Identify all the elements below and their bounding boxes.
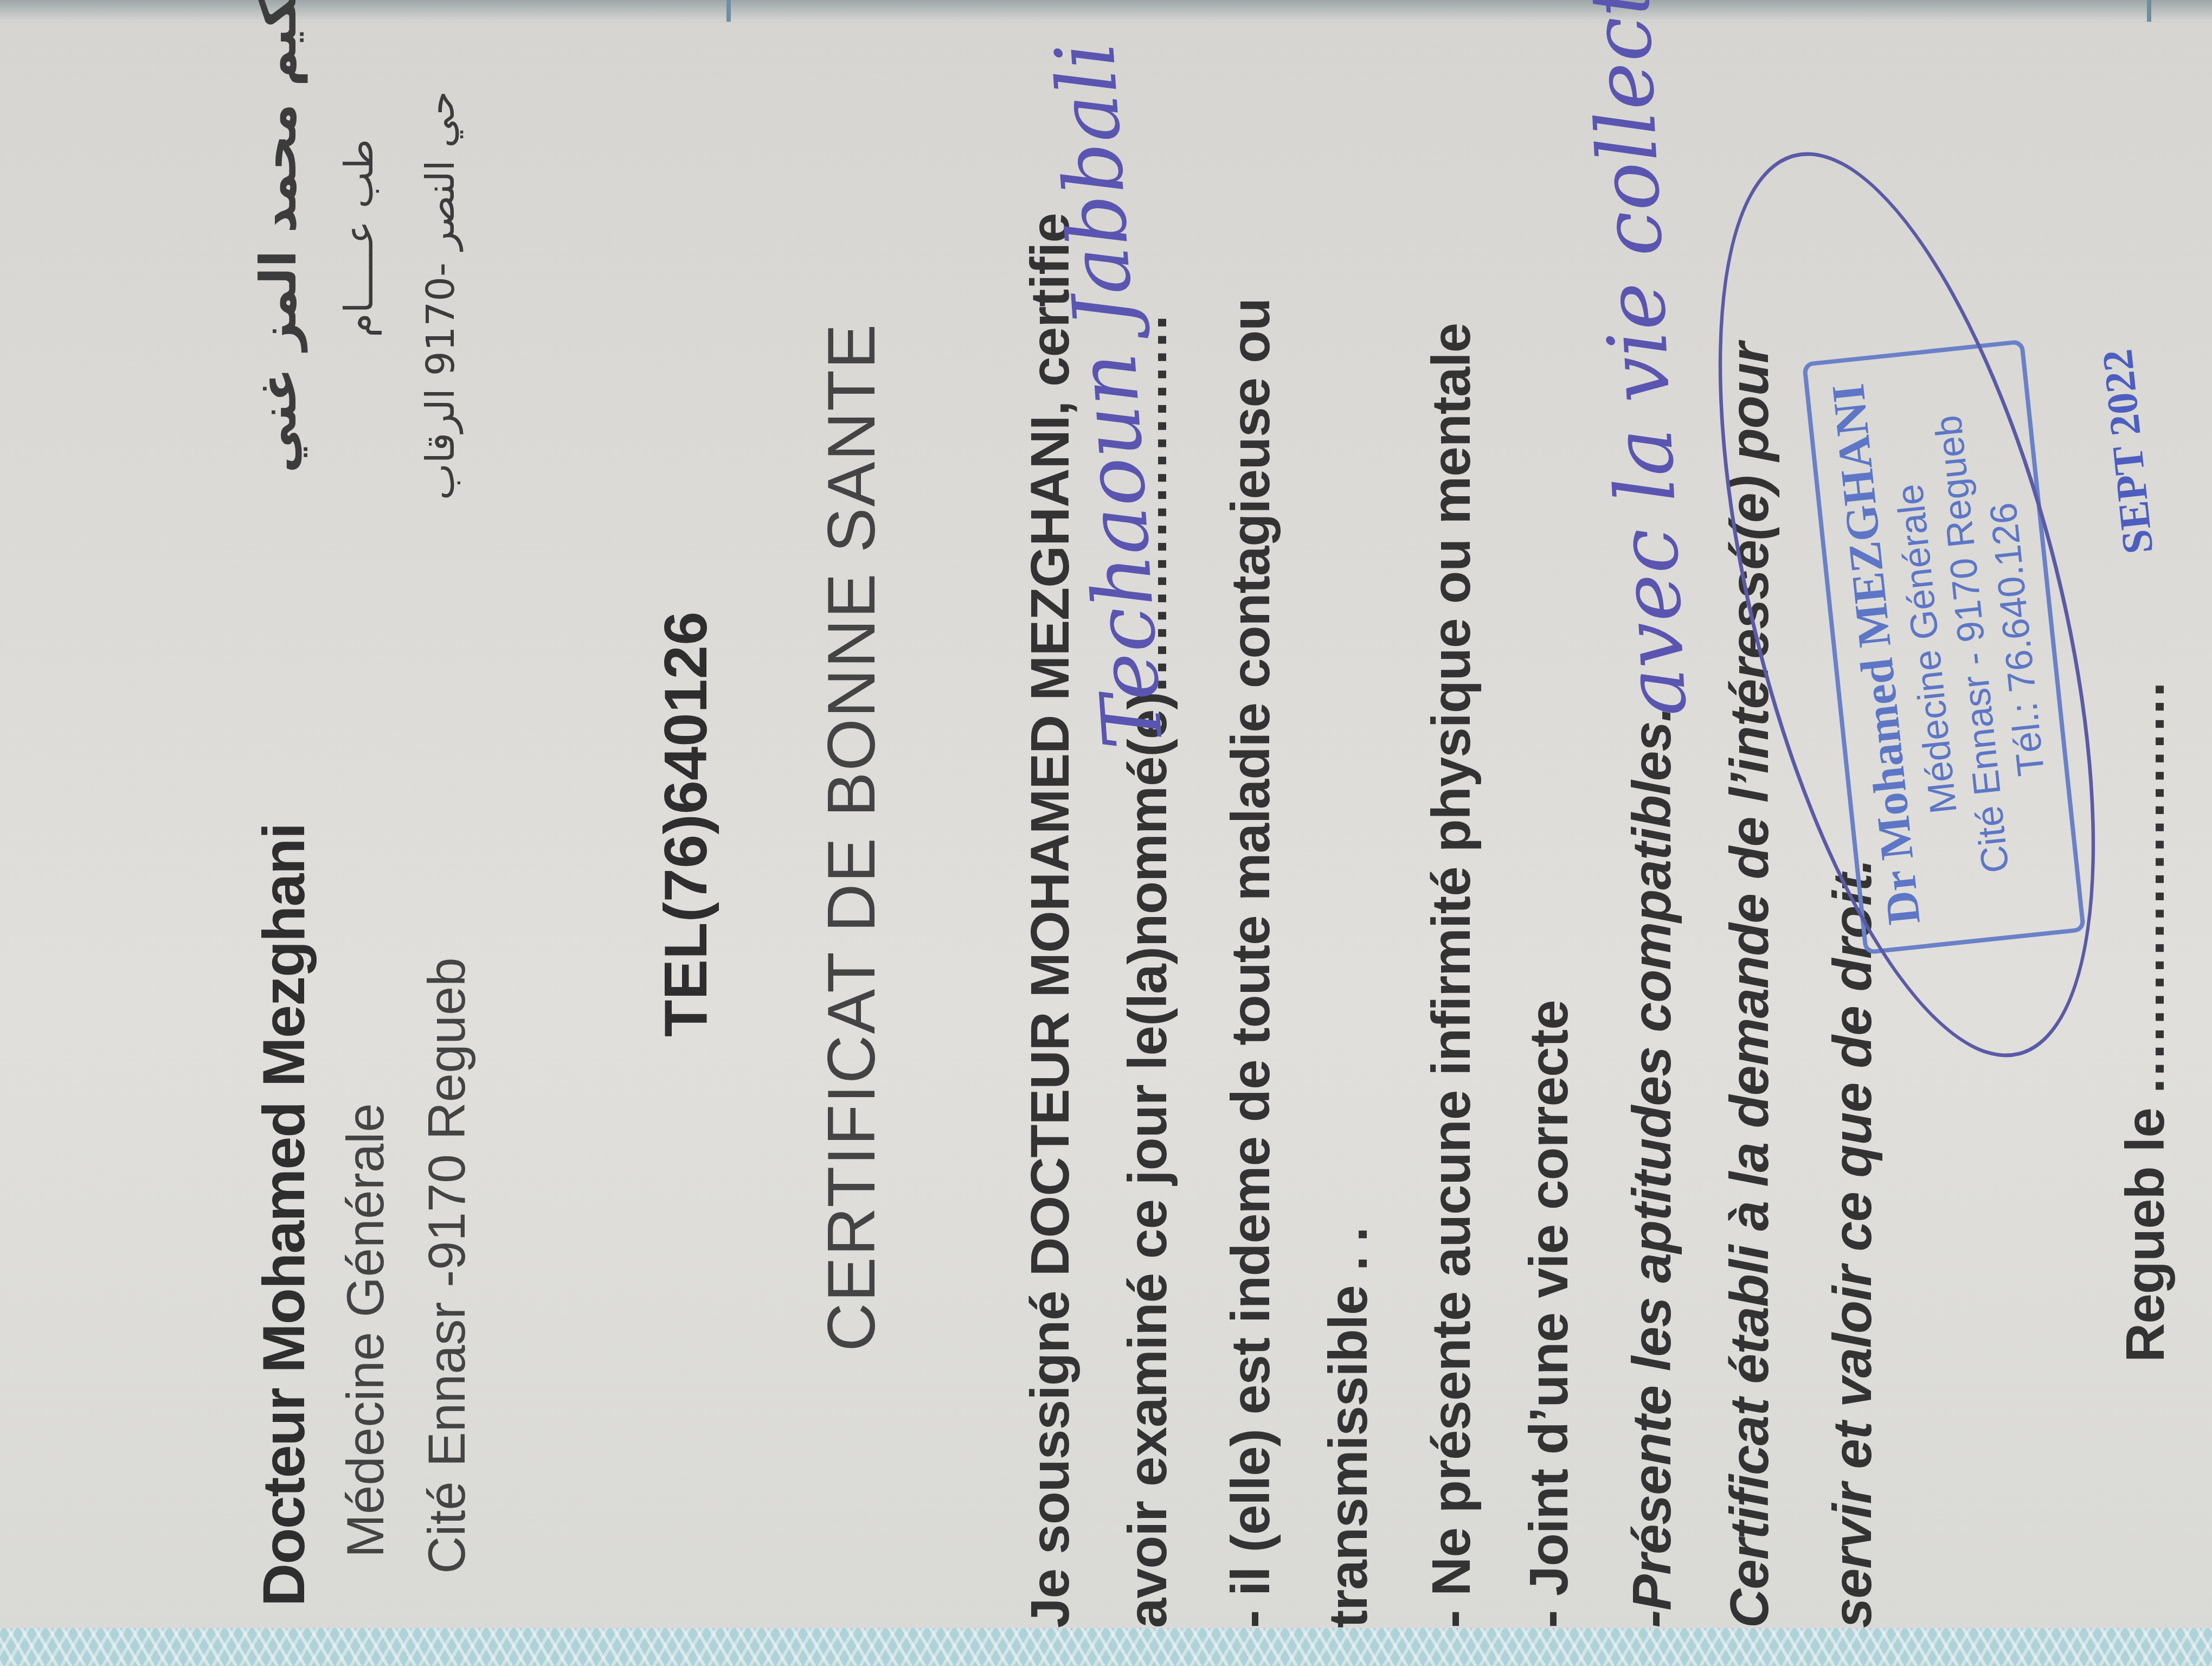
body-line-9: servir et valoir ce que de droit. (1822, 859, 1884, 1628)
date-dotted-field: ........................ (2115, 680, 2176, 1094)
doctor-name: Docteur Mohamed Mezghani (249, 824, 318, 1606)
body-line-5: - Ne présente aucune infirmité physique … (1420, 323, 1483, 1628)
place-label: Regueb le (2115, 1108, 2176, 1362)
body-line-7: -Présente les aptitudes compatibles. (1621, 707, 1683, 1628)
body-line-2-text: avoir examiné ce jour le(la)nommé(e) (1117, 692, 1178, 1628)
doctor-address: Cité Ennasr -9170 Regueb (417, 957, 477, 1574)
body-line-6: - Joint d’une vie correcte (1518, 1000, 1580, 1628)
security-pattern-strip (0, 1628, 2212, 1666)
edge-mark (726, 0, 731, 22)
edge-mark (2147, 0, 2151, 22)
body-line-4: transmissible . . (1317, 1227, 1380, 1628)
date-stamp: SEPT 2022 (2093, 347, 2163, 556)
arabic-address: حي النصر -9170 الرقاب (417, 91, 463, 500)
body-line-3: - il (elle) est indeme de toute maladie … (1220, 298, 1282, 1628)
telephone: TEL(76)640126 (651, 612, 721, 1037)
arabic-doctor-name: الحكيم محمد المز غني (249, 0, 307, 473)
handwritten-addition: avec la vie collective (1566, 0, 1705, 719)
adjacent-sheet-edge (0, 0, 2212, 22)
certificate-title: CERTIFICAT DE BONNE SANTE (813, 323, 890, 1352)
doctor-specialty: Médecine Générale (336, 1103, 396, 1558)
place-date-line: Regueb le ........................ (2114, 680, 2177, 1362)
arabic-specialty: طب عـــــام (336, 139, 382, 337)
certificate-paper: Docteur Mohamed Mezghani Médecine Généra… (0, 23, 2212, 1666)
